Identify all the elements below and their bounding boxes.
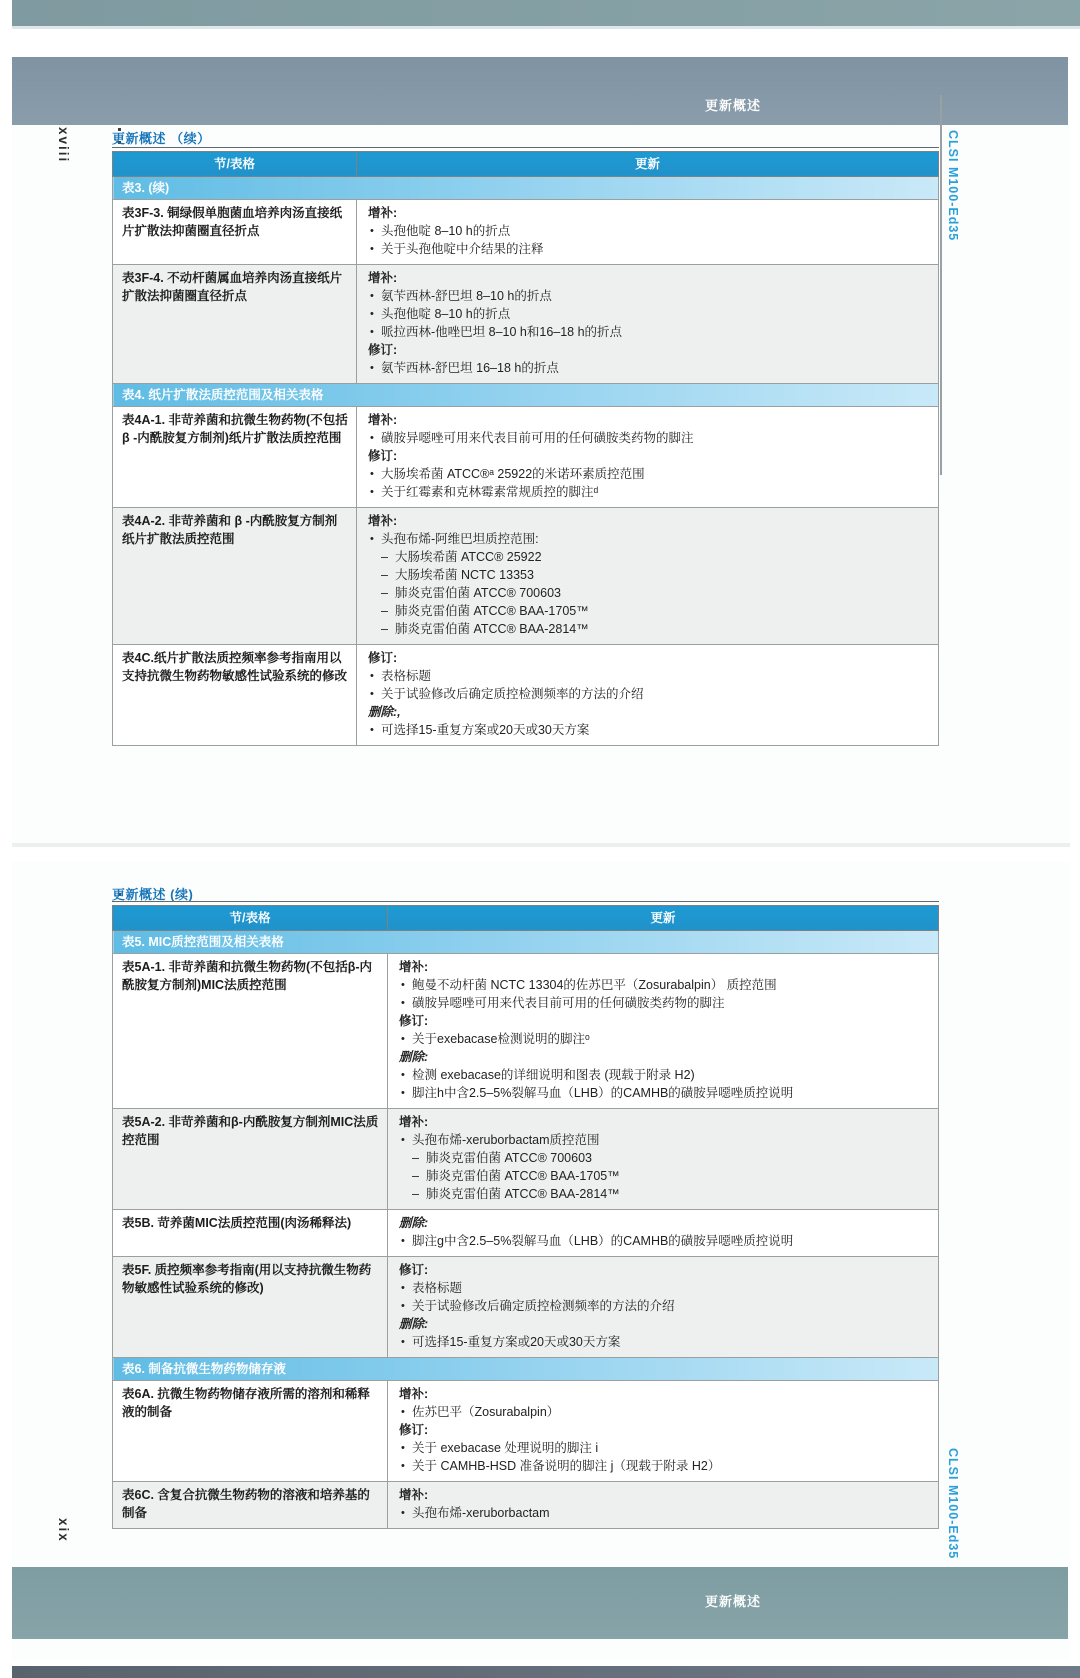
row-update-cell: 增补:头孢布烯-xeruborbactam bbox=[388, 1482, 939, 1529]
spine-label-bottom: CLSI M100-Ed35 bbox=[946, 1448, 960, 1559]
update-bullet-item: 脚注g中含2.5–5%裂解马血（LHB）的CAMHB的磺胺异噁唑质控说明 bbox=[399, 1232, 928, 1250]
table-row: 表4A-1. 非苛养菌和抗微生物药物(不包括 β -内酰胺复方制剂)纸片扩散法质… bbox=[113, 407, 939, 508]
update-bullet-item: 头孢他啶 8–10 h的折点 bbox=[368, 305, 928, 323]
update-sub-item: 肺炎克雷伯菌 ATCC® 700603 bbox=[368, 584, 928, 602]
table-row: 表4C.纸片扩散法质控频率参考指南用以支持抗微生物药物敏感性试验系统的修改修订:… bbox=[113, 645, 939, 746]
update-change-label: 增补: bbox=[368, 269, 928, 287]
update-change-label: 修订: bbox=[399, 1421, 928, 1439]
table-row: 表5A-2. 非苛养菌和β-内酰胺复方制剂MIC法质控范围增补:头孢布烯-xer… bbox=[113, 1109, 939, 1210]
page-number-xix: xix bbox=[56, 1518, 71, 1543]
update-change-label: 增补: bbox=[399, 1113, 928, 1131]
section-band-row: 表4. 纸片扩散法质控范围及相关表格 bbox=[113, 384, 939, 407]
table-header-cell: 节/表格 bbox=[113, 906, 388, 931]
page2-title-rule bbox=[112, 901, 939, 902]
update-bullet-item: 磺胺异噁唑可用来代表目前可用的任何磺胺类药物的脚注 bbox=[368, 429, 928, 447]
row-section-table-cell: 表6C. 含复合抗微生物药物的溶液和培养基的制备 bbox=[113, 1482, 388, 1529]
row-section-table-cell: 表5B. 苛养菌MIC法质控范围(肉汤稀释法) bbox=[113, 1210, 388, 1257]
update-change-label: 增补: bbox=[368, 512, 928, 530]
update-bullet-item: 大肠埃希菌 ATCC®ᵃ 25922的米诺环素质控范围 bbox=[368, 465, 928, 483]
update-bullet-item: 头孢布烯-xeruborbactam bbox=[399, 1504, 928, 1522]
page1-title-rule bbox=[112, 147, 939, 148]
update-sub-item: 肺炎克雷伯菌 ATCC® BAA-1705™ bbox=[368, 602, 928, 620]
update-overview-table: 节/表格更新表3. (续)表3F-3. 铜绿假单胞菌血培养肉汤直接纸片扩散法抑菌… bbox=[112, 151, 939, 746]
table-row: 表5A-1. 非苛养菌和抗微生物药物(不包括β-内酰胺复方制剂)MIC法质控范围… bbox=[113, 954, 939, 1109]
update-sub-item: 肺炎克雷伯菌 ATCC® 700603 bbox=[399, 1149, 928, 1167]
update-bullet-item: 可选择15-重复方案或20天或30天方案 bbox=[399, 1333, 928, 1351]
section-band-row: 表5. MIC质控范围及相关表格 bbox=[113, 931, 939, 954]
update-change-label: 修订: bbox=[399, 1012, 928, 1030]
update-overview-table: 节/表格更新表5. MIC质控范围及相关表格表5A-1. 非苛养菌和抗微生物药物… bbox=[112, 905, 939, 1529]
section-band-label: 表6. 制备抗微生物药物储存液 bbox=[113, 1358, 939, 1381]
running-footer-bar: 更新概述 bbox=[12, 1567, 1068, 1639]
update-bullet-item: 关于exebacase检测说明的脚注ᵒ bbox=[399, 1030, 928, 1048]
update-change-label: 修订: bbox=[368, 447, 928, 465]
table-header-row: 节/表格更新 bbox=[113, 152, 939, 177]
table-row: 表6A. 抗微生物药物储存液所需的溶剂和稀释液的制备增补:佐苏巴平（Zosura… bbox=[113, 1381, 939, 1482]
update-bullet-item: 头孢布烯-阿维巴坦质控范围: bbox=[368, 530, 928, 548]
row-section-table-cell: 表4A-2. 非苛养菌和 β -内酰胺复方制剂纸片扩散法质控范围 bbox=[113, 508, 357, 645]
update-bullet-item: 关于试验修改后确定质控检测频率的方法的介绍 bbox=[399, 1297, 928, 1315]
update-change-label: 修订: bbox=[368, 649, 928, 667]
update-delete-label: 删除: bbox=[399, 1214, 928, 1232]
table-row: 表6C. 含复合抗微生物药物的溶液和培养基的制备增补:头孢布烯-xeruborb… bbox=[113, 1482, 939, 1529]
row-section-table-cell: 表4A-1. 非苛养菌和抗微生物药物(不包括 β -内酰胺复方制剂)纸片扩散法质… bbox=[113, 407, 357, 508]
section-band-row: 表3. (续) bbox=[113, 177, 939, 200]
update-sub-item: 肺炎克雷伯菌 ATCC® BAA-1705™ bbox=[399, 1167, 928, 1185]
row-update-cell: 增补:鲍曼不动杆菌 NCTC 13304的佐苏巴平（Zosurabalpin） … bbox=[388, 954, 939, 1109]
table-row: 表5F. 质控频率参考指南(用以支持抗微生物药物敏感性试验系统的修改)修订:表格… bbox=[113, 1257, 939, 1358]
row-update-cell: 删除:脚注g中含2.5–5%裂解马血（LHB）的CAMHB的磺胺异噁唑质控说明 bbox=[388, 1210, 939, 1257]
update-sub-item: 大肠埃希菌 NCTC 13353 bbox=[368, 566, 928, 584]
row-update-cell: 增补:头孢布烯-xeruborbactam质控范围肺炎克雷伯菌 ATCC® 70… bbox=[388, 1109, 939, 1210]
running-header-bar: 更新概述 bbox=[12, 57, 1068, 125]
table-header-cell: 更新 bbox=[357, 152, 939, 177]
page1-title: 更新概述 （续） bbox=[112, 128, 211, 147]
update-bullet-item: 氨苄西林-舒巴坦 8–10 h的折点 bbox=[368, 287, 928, 305]
table-header-cell: 节/表格 bbox=[113, 152, 357, 177]
table-header-cell: 更新 bbox=[388, 906, 939, 931]
update-delete-label: 删除:, bbox=[368, 703, 928, 721]
update-bullet-item: 鲍曼不动杆菌 NCTC 13304的佐苏巴平（Zosurabalpin） 质控范… bbox=[399, 976, 928, 994]
page1-update-table-slot: 节/表格更新表3. (续)表3F-3. 铜绿假单胞菌血培养肉汤直接纸片扩散法抑菌… bbox=[112, 151, 939, 746]
update-bullet-item: 可选择15-重复方案或20天或30天方案 bbox=[368, 721, 928, 739]
update-change-label: 增补: bbox=[368, 411, 928, 429]
update-change-label: 修订: bbox=[368, 341, 928, 359]
update-sub-item: 大肠埃希菌 ATCC® 25922 bbox=[368, 548, 928, 566]
update-bullet-item: 头孢他啶 8–10 h的折点 bbox=[368, 222, 928, 240]
row-update-cell: 增补:头孢他啶 8–10 h的折点关于头孢他啶中介结果的注释 bbox=[357, 200, 939, 265]
section-band-row: 表6. 制备抗微生物药物储存液 bbox=[113, 1358, 939, 1381]
update-change-label: 增补: bbox=[368, 204, 928, 222]
row-section-table-cell: 表5A-1. 非苛养菌和抗微生物药物(不包括β-内酰胺复方制剂)MIC法质控范围 bbox=[113, 954, 388, 1109]
row-section-table-cell: 表5A-2. 非苛养菌和β-内酰胺复方制剂MIC法质控范围 bbox=[113, 1109, 388, 1210]
row-update-cell: 修订:表格标题关于试验修改后确定质控检测频率的方法的介绍删除:,可选择15-重复… bbox=[357, 645, 939, 746]
update-delete-label: 删除: bbox=[399, 1048, 928, 1066]
running-footer-title: 更新概述 bbox=[705, 1591, 761, 1610]
table-header-row: 节/表格更新 bbox=[113, 906, 939, 931]
update-change-label: 增补: bbox=[399, 958, 928, 976]
update-bullet-item: 关于头孢他啶中介结果的注释 bbox=[368, 240, 928, 258]
update-bullet-item: 关于 exebacase 处理说明的脚注 i bbox=[399, 1439, 928, 1457]
update-bullet-item: 检测 exebacase的详细说明和图表 (现载于附录 H2) bbox=[399, 1066, 928, 1084]
table-row: 表3F-4. 不动杆菌属血培养肉汤直接纸片扩散法抑菌圈直径折点增补:氨苄西林-舒… bbox=[113, 265, 939, 384]
page2-update-table-slot: 节/表格更新表5. MIC质控范围及相关表格表5A-1. 非苛养菌和抗微生物药物… bbox=[112, 905, 939, 1529]
section-band-label: 表4. 纸片扩散法质控范围及相关表格 bbox=[113, 384, 939, 407]
previous-page-edge-strip bbox=[12, 0, 1080, 29]
update-change-label: 增补: bbox=[399, 1385, 928, 1403]
row-update-cell: 修订:表格标题关于试验修改后确定质控检测频率的方法的介绍删除:可选择15-重复方… bbox=[388, 1257, 939, 1358]
row-section-table-cell: 表6A. 抗微生物药物储存液所需的溶剂和稀释液的制备 bbox=[113, 1381, 388, 1482]
section-band-label: 表5. MIC质控范围及相关表格 bbox=[113, 931, 939, 954]
update-change-label: 修订: bbox=[399, 1261, 928, 1279]
page-number-xviii: xviii bbox=[56, 127, 71, 163]
running-header-title: 更新概述 bbox=[705, 95, 761, 114]
update-change-label: 增补: bbox=[399, 1486, 928, 1504]
table-row: 表4A-2. 非苛养菌和 β -内酰胺复方制剂纸片扩散法质控范围增补:头孢布烯-… bbox=[113, 508, 939, 645]
update-bullet-item: 关于红霉素和克林霉素常规质控的脚注ᵈ bbox=[368, 483, 928, 501]
update-bullet-item: 哌拉西林-他唑巴坦 8–10 h和16–18 h的折点 bbox=[368, 323, 928, 341]
table-row: 表3F-3. 铜绿假单胞菌血培养肉汤直接纸片扩散法抑菌圈直径折点增补:头孢他啶 … bbox=[113, 200, 939, 265]
update-bullet-item: 脚注h中含2.5–5%裂解马血（LHB）的CAMHB的磺胺异噁唑质控说明 bbox=[399, 1084, 928, 1102]
update-bullet-item: 关于试验修改后确定质控检测频率的方法的介绍 bbox=[368, 685, 928, 703]
table-row: 表5B. 苛养菌MIC法质控范围(肉汤稀释法)删除:脚注g中含2.5–5%裂解马… bbox=[113, 1210, 939, 1257]
row-section-table-cell: 表5F. 质控频率参考指南(用以支持抗微生物药物敏感性试验系统的修改) bbox=[113, 1257, 388, 1358]
page-edge-scan-line bbox=[940, 95, 942, 475]
update-bullet-item: 头孢布烯-xeruborbactam质控范围 bbox=[399, 1131, 928, 1149]
update-bullet-item: 表格标题 bbox=[368, 667, 928, 685]
update-bullet-item: 佐苏巴平（Zosurabalpin） bbox=[399, 1403, 928, 1421]
row-update-cell: 增补:氨苄西林-舒巴坦 8–10 h的折点头孢他啶 8–10 h的折点哌拉西林-… bbox=[357, 265, 939, 384]
row-section-table-cell: 表4C.纸片扩散法质控频率参考指南用以支持抗微生物药物敏感性试验系统的修改 bbox=[113, 645, 357, 746]
update-sub-item: 肺炎克雷伯菌 ATCC® BAA-2814™ bbox=[399, 1185, 928, 1203]
update-bullet-item: 关于 CAMHB-HSD 准备说明的脚注 j（现载于附录 H2） bbox=[399, 1457, 928, 1475]
row-update-cell: 增补:头孢布烯-阿维巴坦质控范围:大肠埃希菌 ATCC® 25922大肠埃希菌 … bbox=[357, 508, 939, 645]
row-section-table-cell: 表3F-3. 铜绿假单胞菌血培养肉汤直接纸片扩散法抑菌圈直径折点 bbox=[113, 200, 357, 265]
spine-label-top: CLSI M100-Ed35 bbox=[946, 130, 960, 241]
row-update-cell: 增补:佐苏巴平（Zosurabalpin）修订:关于 exebacase 处理说… bbox=[388, 1381, 939, 1482]
section-band-label: 表3. (续) bbox=[113, 177, 939, 200]
update-bullet-item: 表格标题 bbox=[399, 1279, 928, 1297]
update-sub-item: 肺炎克雷伯菌 ATCC® BAA-2814™ bbox=[368, 620, 928, 638]
row-update-cell: 增补:磺胺异噁唑可用来代表目前可用的任何磺胺类药物的脚注修订:大肠埃希菌 ATC… bbox=[357, 407, 939, 508]
next-page-edge-strip bbox=[12, 1666, 1080, 1678]
update-delete-label: 删除: bbox=[399, 1315, 928, 1333]
row-section-table-cell: 表3F-4. 不动杆菌属血培养肉汤直接纸片扩散法抑菌圈直径折点 bbox=[113, 265, 357, 384]
update-bullet-item: 磺胺异噁唑可用来代表目前可用的任何磺胺类药物的脚注 bbox=[399, 994, 928, 1012]
update-bullet-item: 氨苄西林-舒巴坦 16–18 h的折点 bbox=[368, 359, 928, 377]
